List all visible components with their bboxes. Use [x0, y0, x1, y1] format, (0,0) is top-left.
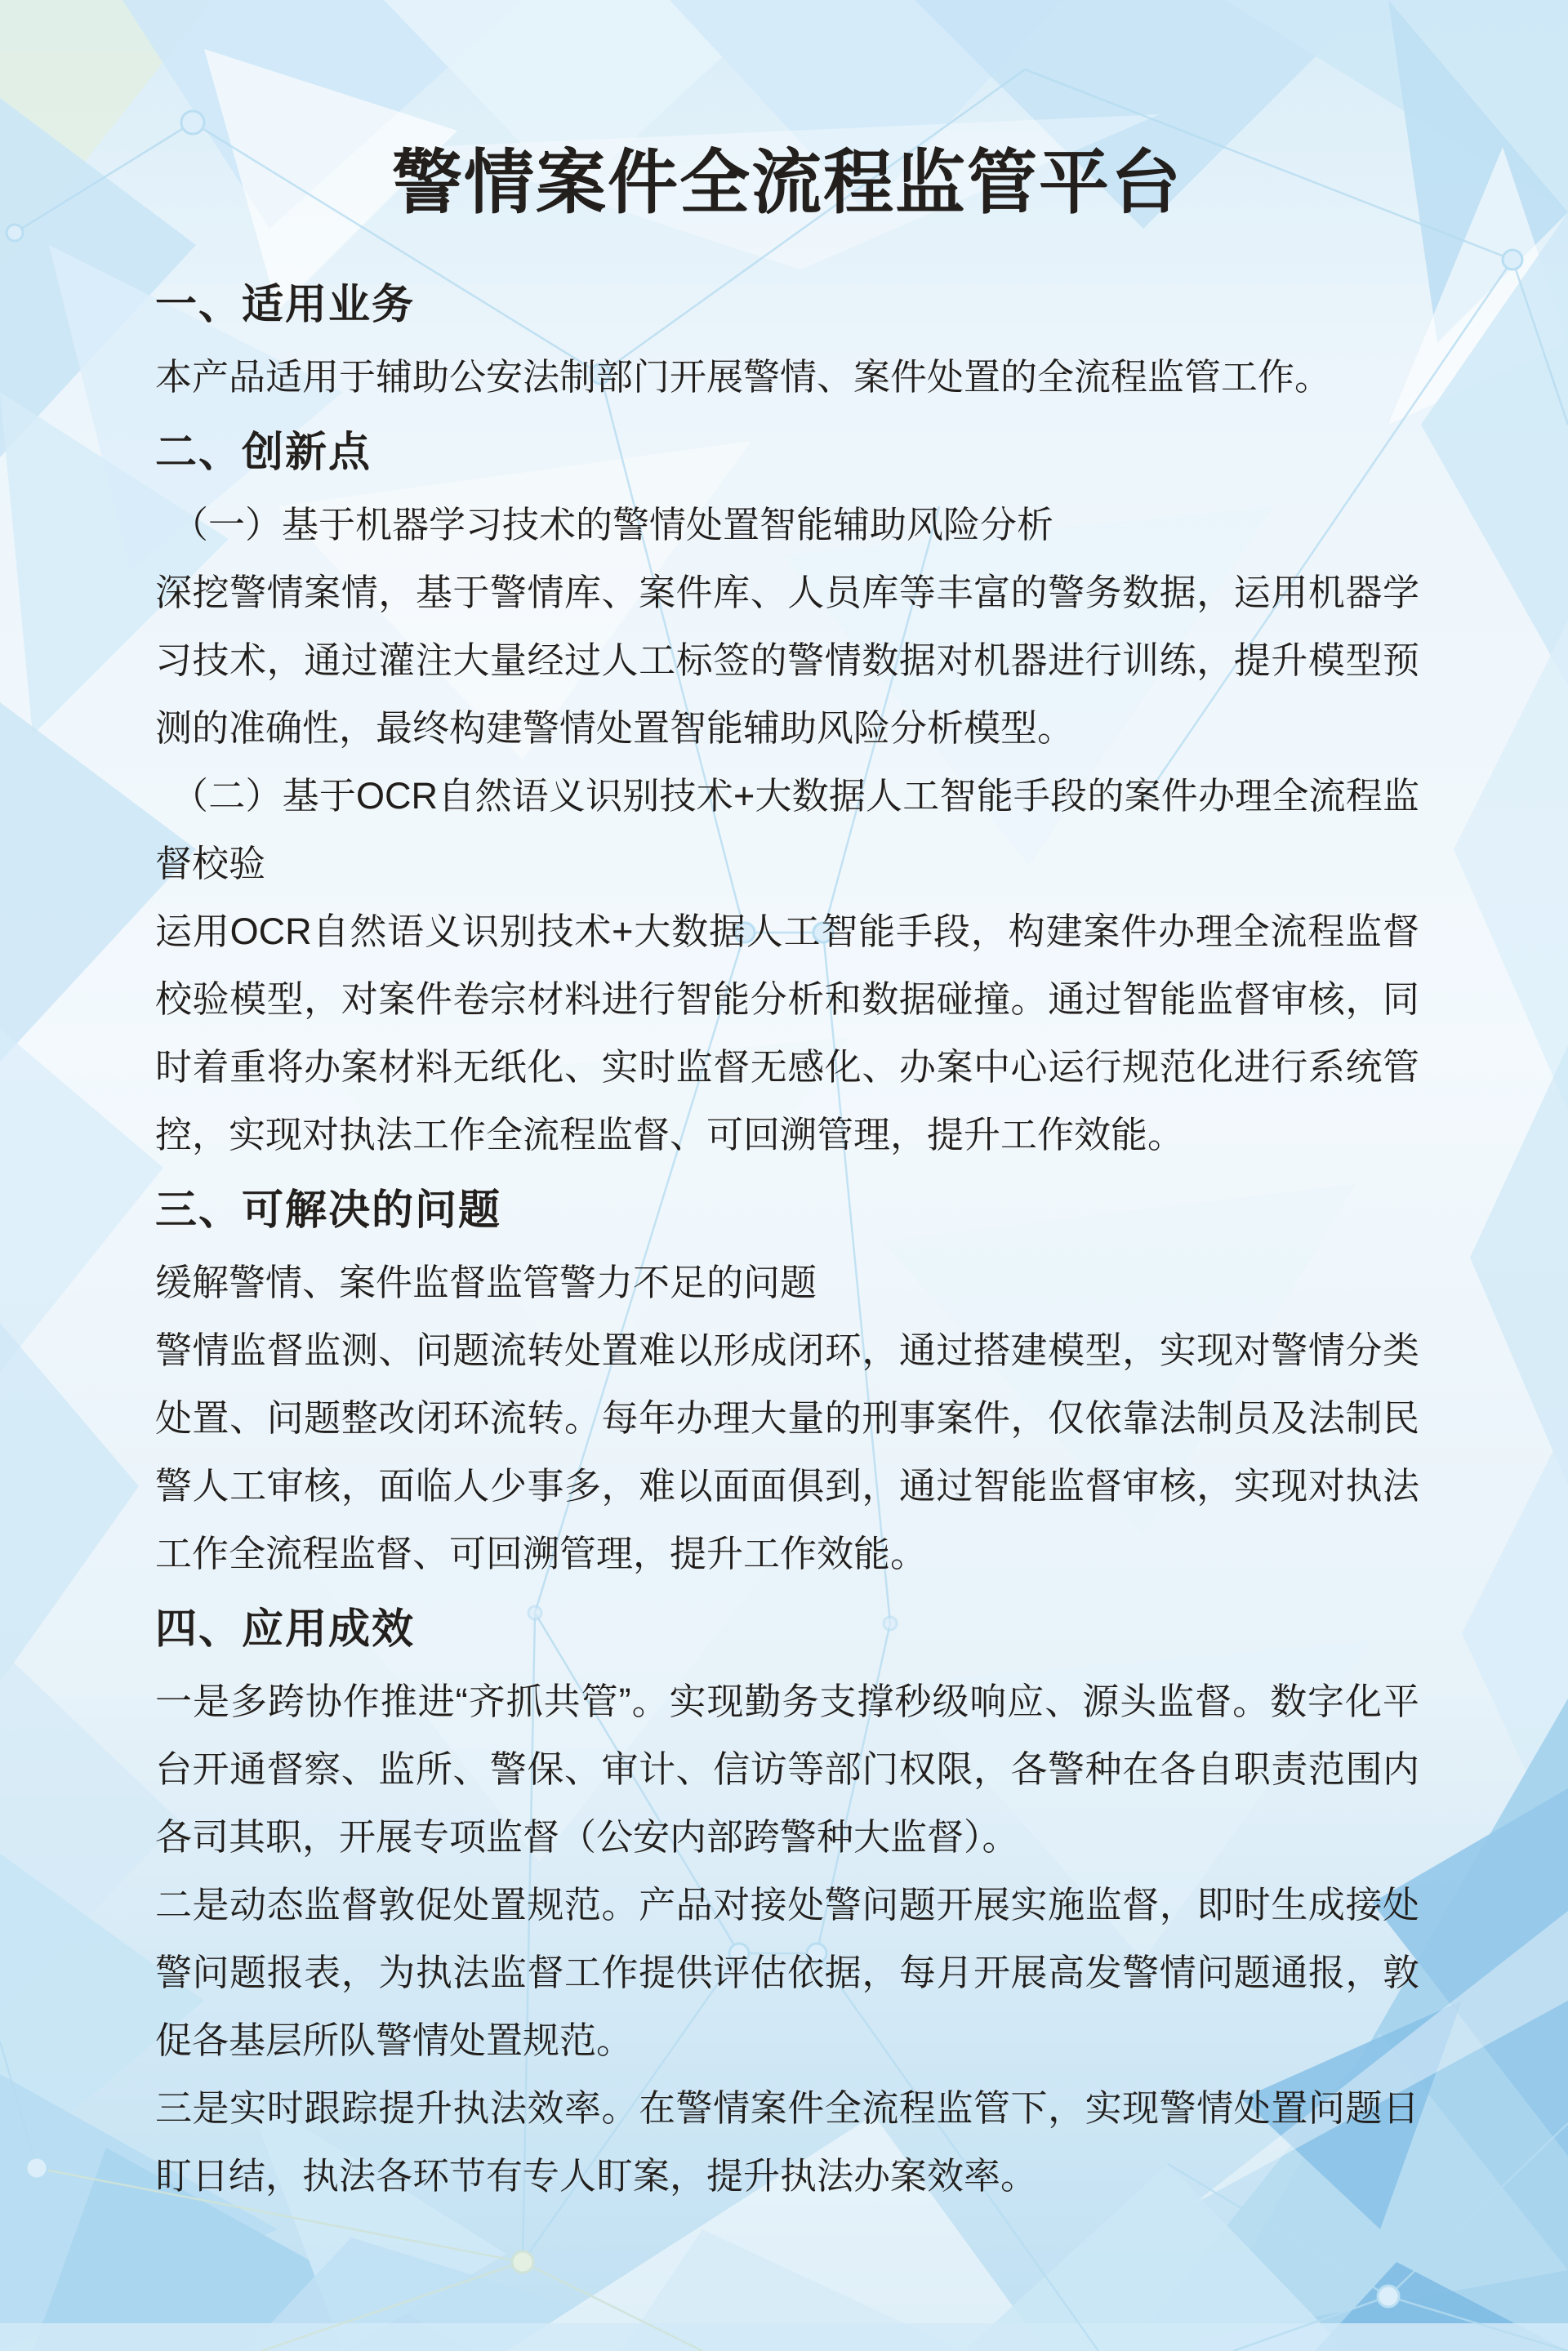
poster-content: 警情案件全流程监管平台 一、适用业务 本产品适用于辅助公安法制部门开展警情、案件… — [155, 137, 1419, 2210]
poster-canvas: 警情案件全流程监管平台 一、适用业务 本产品适用于辅助公安法制部门开展警情、案件… — [0, 0, 1568, 2351]
paragraph: 警情监督监测、问题流转处置难以形成闭环，通过搭建模型，实现对警情分类处置、问题整… — [155, 1316, 1419, 1587]
section-solvable-problems: 三、可解决的问题 缓解警情、案件监督监管警力不足的问题 警情监督监测、问题流转处… — [155, 1185, 1419, 1587]
section-heading: 三、可解决的问题 — [155, 1185, 1419, 1236]
section-application-results: 四、应用成效 一是多跨协作推进“齐抓共管”。实现勤务支撑秒级响应、源头监督。数字… — [155, 1604, 1419, 2210]
paragraph: 一是多跨协作推进“齐抓共管”。实现勤务支撑秒级响应、源头监督。数字化平台开通督察… — [155, 1668, 1419, 1871]
paragraph: 二是动态监督敦促处置规范。产品对接处警问题开展实施监督，即时生成接处警问题报表，… — [155, 1871, 1419, 2074]
section-heading: 四、应用成效 — [155, 1604, 1419, 1654]
section-applicable-business: 一、适用业务 本产品适用于辅助公安法制部门开展警情、案件处置的全流程监管工作。 — [155, 279, 1419, 411]
paragraph: 三是实时跟踪提升执法效率。在警情案件全流程监管下，实现警情处置问题日盯日结，执法… — [155, 2074, 1419, 2210]
section-heading: 一、适用业务 — [155, 279, 1419, 330]
paragraph: 深挖警情案情，基于警情库、案件库、人员库等丰富的警务数据，运用机器学习技术，通过… — [155, 559, 1419, 762]
section-heading: 二、创新点 — [155, 427, 1419, 478]
page-title: 警情案件全流程监管平台 — [155, 137, 1419, 229]
paragraph: 本产品适用于辅助公安法制部门开展警情、案件处置的全流程监管工作。 — [155, 343, 1419, 411]
sub-heading: （一）基于机器学习技术的警情处置智能辅助风险分析 — [155, 491, 1419, 559]
paragraph: 缓解警情、案件监督监管警力不足的问题 — [155, 1249, 1419, 1316]
section-innovations: 二、创新点 （一）基于机器学习技术的警情处置智能辅助风险分析 深挖警情案情，基于… — [155, 427, 1419, 1169]
sub-heading: （二）基于OCR自然语义识别技术+大数据人工智能手段的案件办理全流程监督校验 — [155, 762, 1419, 897]
paragraph: 运用OCR自然语义识别技术+大数据人工智能手段，构建案件办理全流程监督校验模型，… — [155, 897, 1419, 1169]
